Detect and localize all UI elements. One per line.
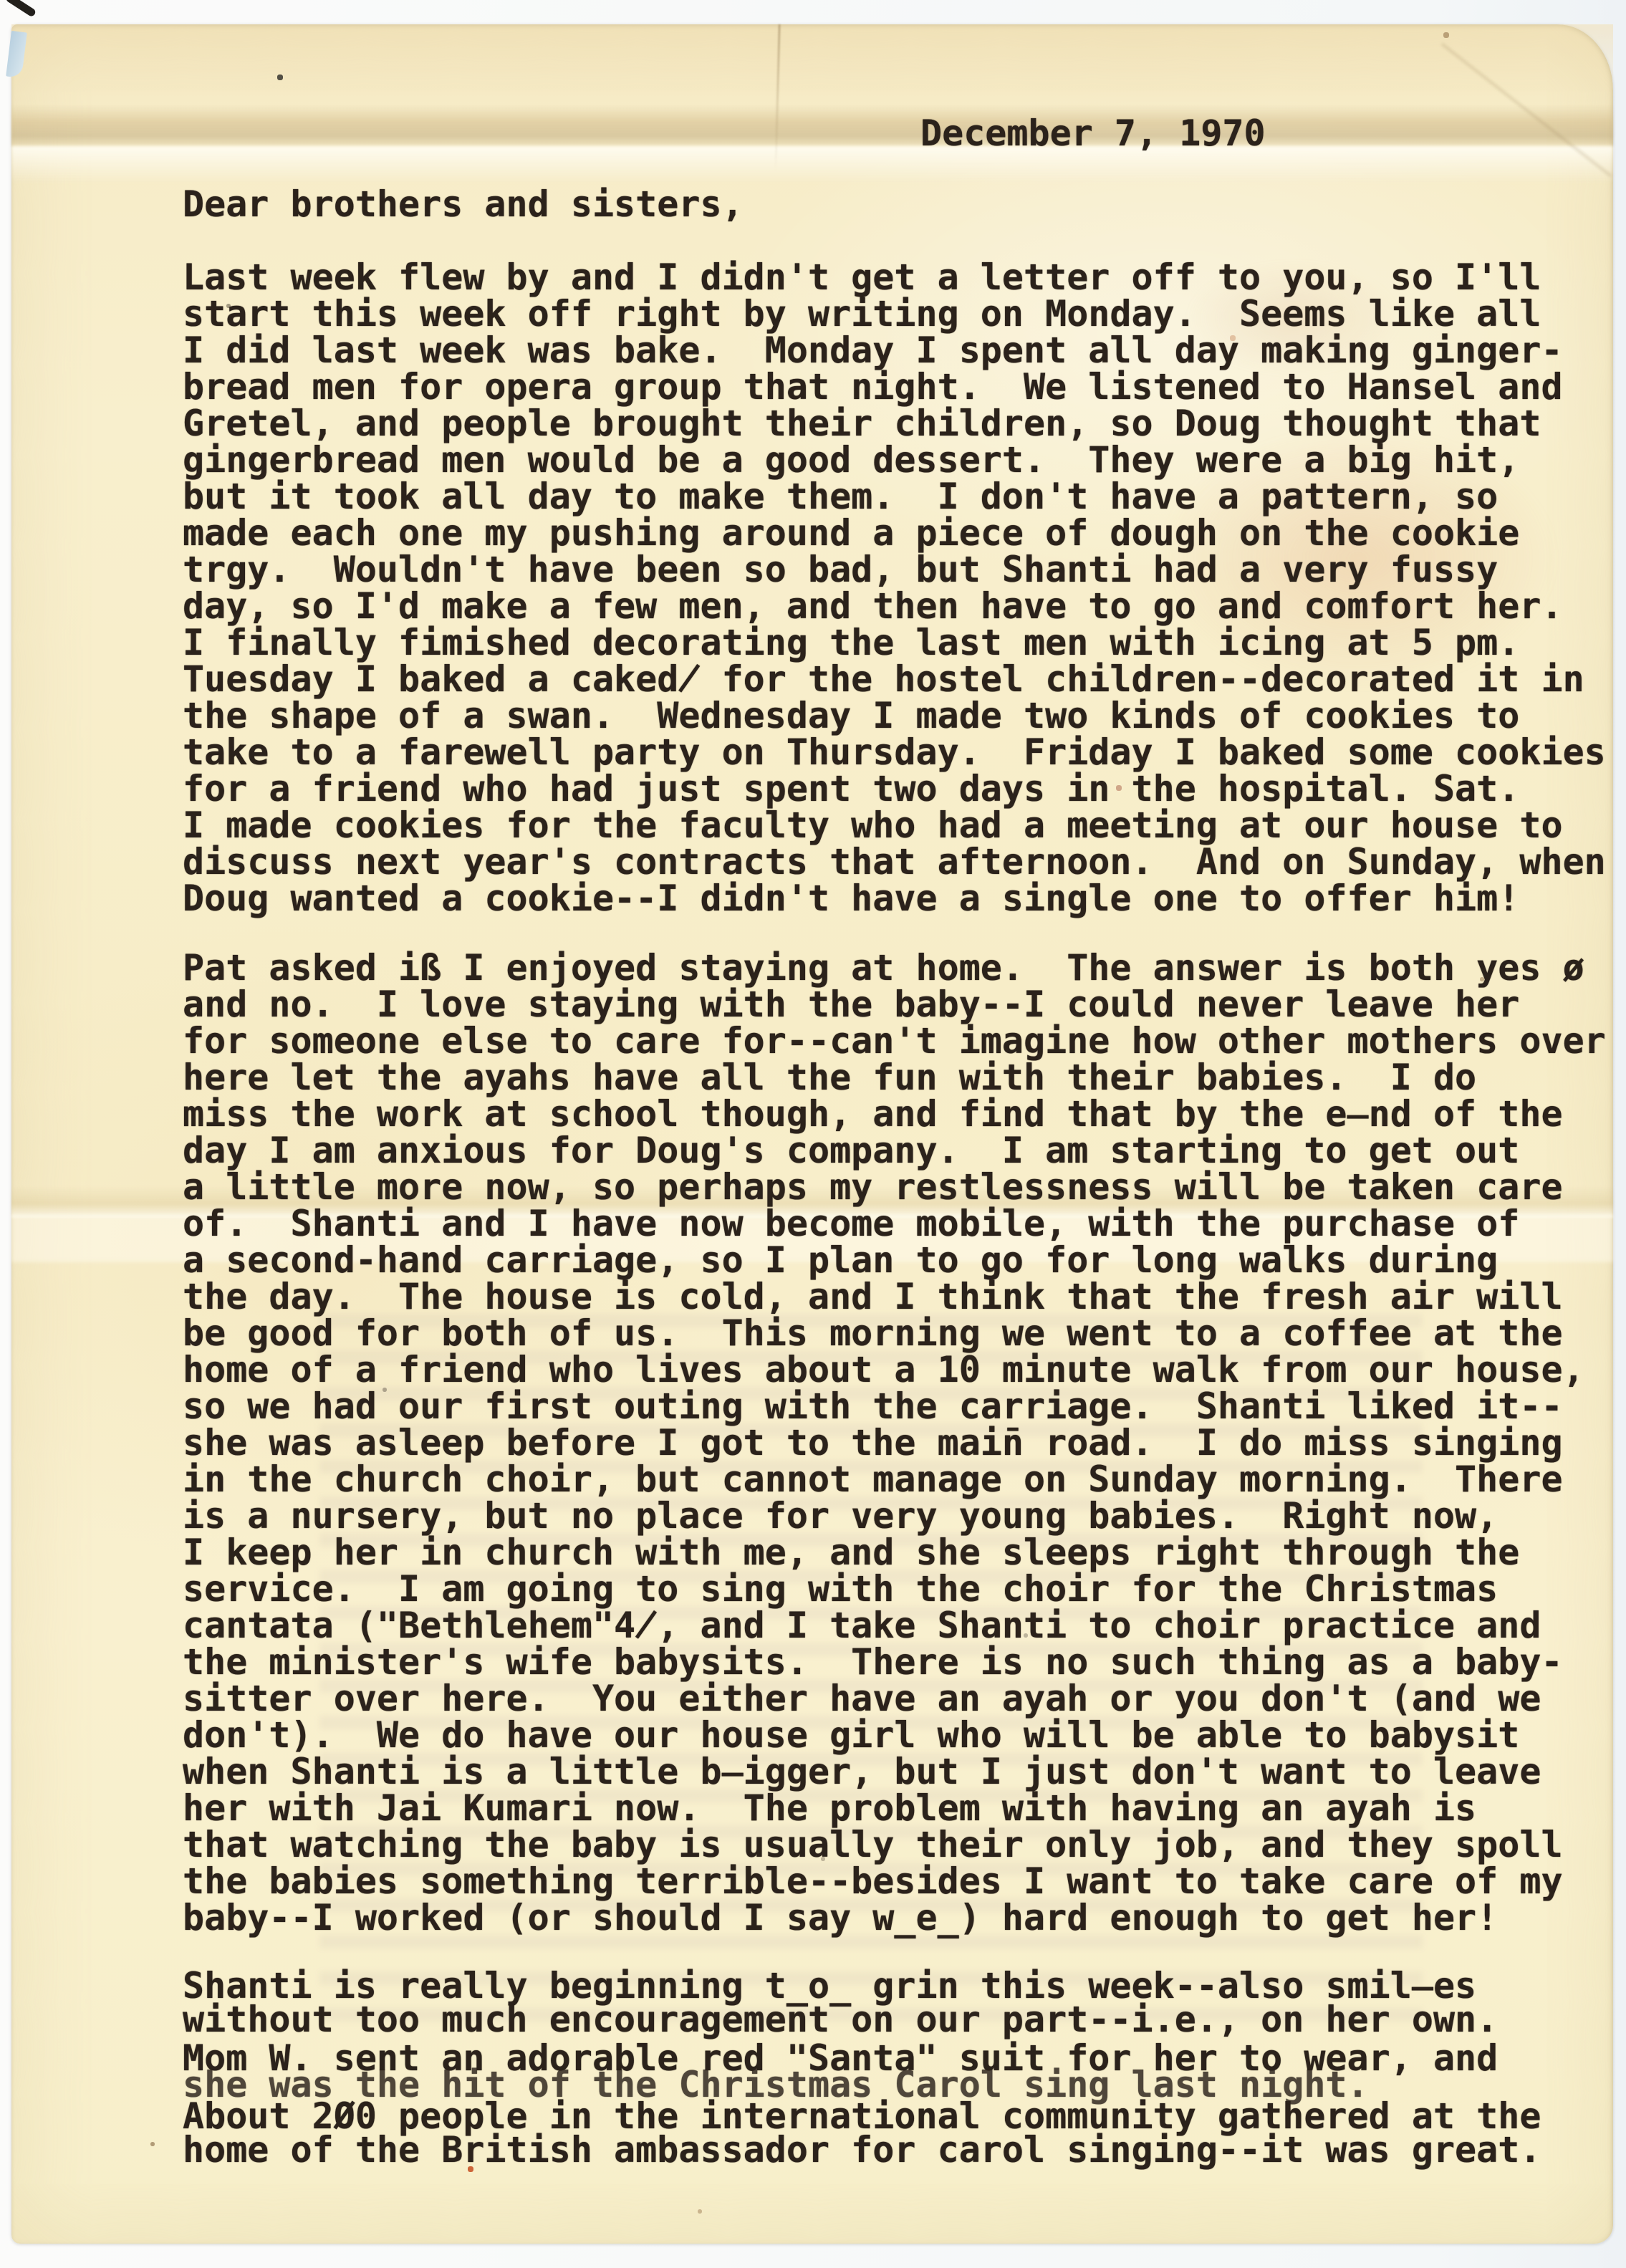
text-line: don't). We do have our house girl who wi… bbox=[183, 1717, 1606, 1754]
text-line: Pat asked iß I enjoyed staying at home. … bbox=[183, 950, 1606, 986]
text-line: and no. I love staying with the baby--I … bbox=[183, 986, 1606, 1023]
paragraph-1: Last week flew by and I didn't get a let… bbox=[183, 259, 1606, 917]
text-line: gingerbread men would be a good dessert.… bbox=[183, 442, 1606, 479]
text-line: service. I am going to sing with the cho… bbox=[183, 1571, 1606, 1608]
text-line: take to a farewell party on Thursday. Fr… bbox=[183, 734, 1606, 771]
text-line: here let the ayahs have all the fun with… bbox=[183, 1059, 1606, 1096]
text-line: sitter over here. You either have an aya… bbox=[183, 1681, 1606, 1717]
text-line: the day. The house is cold, and I think … bbox=[183, 1279, 1606, 1315]
fold-crease-top-highlight bbox=[11, 146, 1613, 183]
text-line: for a friend who had just spent two days… bbox=[183, 771, 1606, 807]
text-line: cantata ("Bethlehem"4̸, and I take Shant… bbox=[183, 1608, 1606, 1644]
text-line: the babies something terrible--besides I… bbox=[183, 1863, 1606, 1900]
text-line: but it took all day to make them. I don'… bbox=[183, 479, 1606, 515]
text-line: I made cookies for the faculty who had a… bbox=[183, 807, 1606, 844]
letter-paper: December 7, 1970 Dear brothers and siste… bbox=[11, 24, 1613, 2244]
text-line: I did last week was bake. Monday I spent… bbox=[183, 332, 1606, 369]
text-line: baby--I worked (or should I say w̲e̲) ha… bbox=[183, 1900, 1606, 1936]
text-line: Shanti is really beginning t̲o̲ grin thi… bbox=[183, 1969, 1541, 2003]
text-line: discuss next year's contracts that after… bbox=[183, 844, 1606, 880]
salutation: Dear brothers and sisters, bbox=[183, 183, 744, 225]
text-line: made each one my pushing around a piece … bbox=[183, 515, 1606, 552]
text-line: Gretel, and people brought their childre… bbox=[183, 405, 1606, 442]
text-line: for someone else to care for--can't imag… bbox=[183, 1023, 1606, 1059]
text-line: miss the work at school though, and find… bbox=[183, 1096, 1606, 1133]
text-line: the minister's wife babysits. There is n… bbox=[183, 1644, 1606, 1681]
text-line: start this week off right by writing on … bbox=[183, 296, 1606, 332]
text-line: day, so I'd make a few men, and then hav… bbox=[183, 588, 1606, 625]
paragraph-2: Pat asked iß I enjoyed staying at home. … bbox=[183, 950, 1606, 1936]
text-line: is a nursery, but no place for very youn… bbox=[183, 1498, 1606, 1534]
text-line: that watching the baby is usually their … bbox=[183, 1827, 1606, 1863]
text-line: trgy. Wouldn't have been so bad, but Sha… bbox=[183, 552, 1606, 588]
text-line: when Shanti is a little b̶igger, but I j… bbox=[183, 1754, 1606, 1790]
text-line: Tuesday I baked a caked̸ for the hostel … bbox=[183, 661, 1606, 698]
text-line: day I am anxious for Doug's company. I a… bbox=[183, 1133, 1606, 1169]
text-line: a little more now, so perhaps my restles… bbox=[183, 1169, 1606, 1206]
text-line: Last week flew by and I didn't get a let… bbox=[183, 259, 1606, 296]
date-line: December 7, 1970 bbox=[920, 112, 1266, 154]
fold-crease-top bbox=[11, 105, 1613, 146]
text-line: she was the hit of the Christmas Carol s… bbox=[183, 2068, 1541, 2102]
text-line: she was asleep before I got to the main̄… bbox=[183, 1425, 1606, 1461]
text-line: a second-hand carriage, so I plan to go … bbox=[183, 1242, 1606, 1279]
text-line: home of a friend who lives about a 10 mi… bbox=[183, 1352, 1606, 1388]
text-line: I finally fimished decorating the last m… bbox=[183, 625, 1606, 661]
text-line: be good for both of us. This morning we … bbox=[183, 1315, 1606, 1352]
text-line: without too much encouragement on our pa… bbox=[183, 2003, 1541, 2037]
text-line: so we had our first outing with the carr… bbox=[183, 1388, 1606, 1425]
scanned-letter-page: December 7, 1970 Dear brothers and siste… bbox=[0, 0, 1626, 2268]
text-line: in the church choir, but cannot manage o… bbox=[183, 1461, 1606, 1498]
text-line: home of the British ambassador for carol… bbox=[183, 2133, 1541, 2167]
text-line: I keep her in church with me, and she sl… bbox=[183, 1534, 1606, 1571]
paper-top-tone bbox=[11, 24, 1613, 109]
text-line: the shape of a swan. Wednesday I made tw… bbox=[183, 698, 1606, 734]
text-line: her with Jai Kumari now. The problem wit… bbox=[183, 1790, 1606, 1827]
text-line: bread men for opera group that night. We… bbox=[183, 369, 1606, 405]
paper-specks bbox=[11, 24, 13, 26]
text-line: of. Shanti and I have now become mobile,… bbox=[183, 1206, 1606, 1242]
paragraph-3: Shanti is really beginning t̲o̲ grin thi… bbox=[183, 1969, 1541, 2167]
scan-edge-tear-mark bbox=[5, 0, 37, 18]
text-line: Doug wanted a cookie--I didn't have a si… bbox=[183, 880, 1606, 917]
